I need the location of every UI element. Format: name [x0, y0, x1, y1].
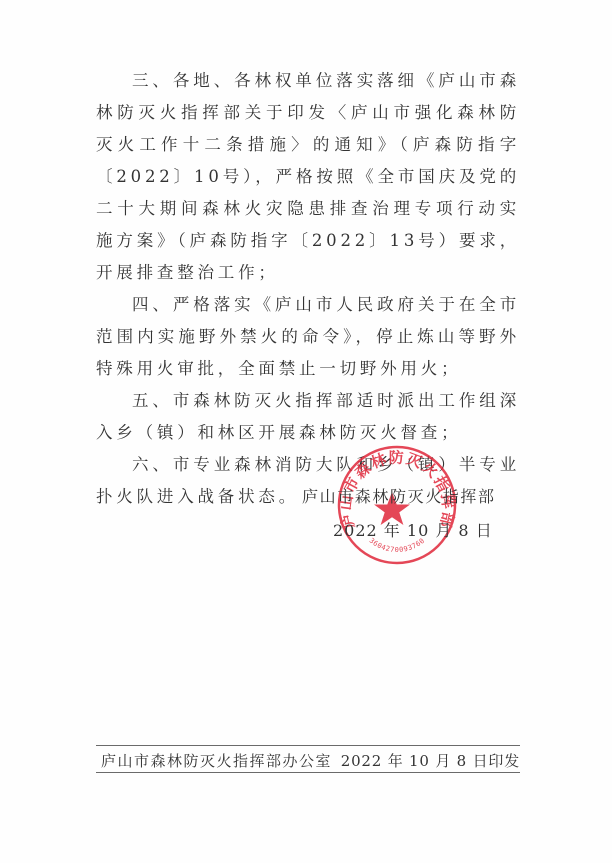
issue-footer: 庐山市森林防灭火指挥部办公室 2022 年 10 月 8 日印发: [96, 745, 520, 773]
signature-date: 2022 年 10 月 8 日: [333, 518, 493, 541]
footer-issue-date: 2022 年 10 月 8 日印发: [341, 750, 520, 771]
signature-block: 庐山市森林防灭火指挥部 3604270093760 庐山市森林防灭火指挥部 20…: [0, 0, 612, 863]
document-page: 三、各地、各林权单位落实落细《庐山市森林防灭火指挥部关于印发〈庐山市强化森林防灭…: [0, 0, 612, 863]
footer-issuer: 庐山市森林防灭火指挥部办公室: [101, 750, 332, 771]
signature-organization: 庐山市森林防灭火指挥部: [302, 484, 496, 507]
